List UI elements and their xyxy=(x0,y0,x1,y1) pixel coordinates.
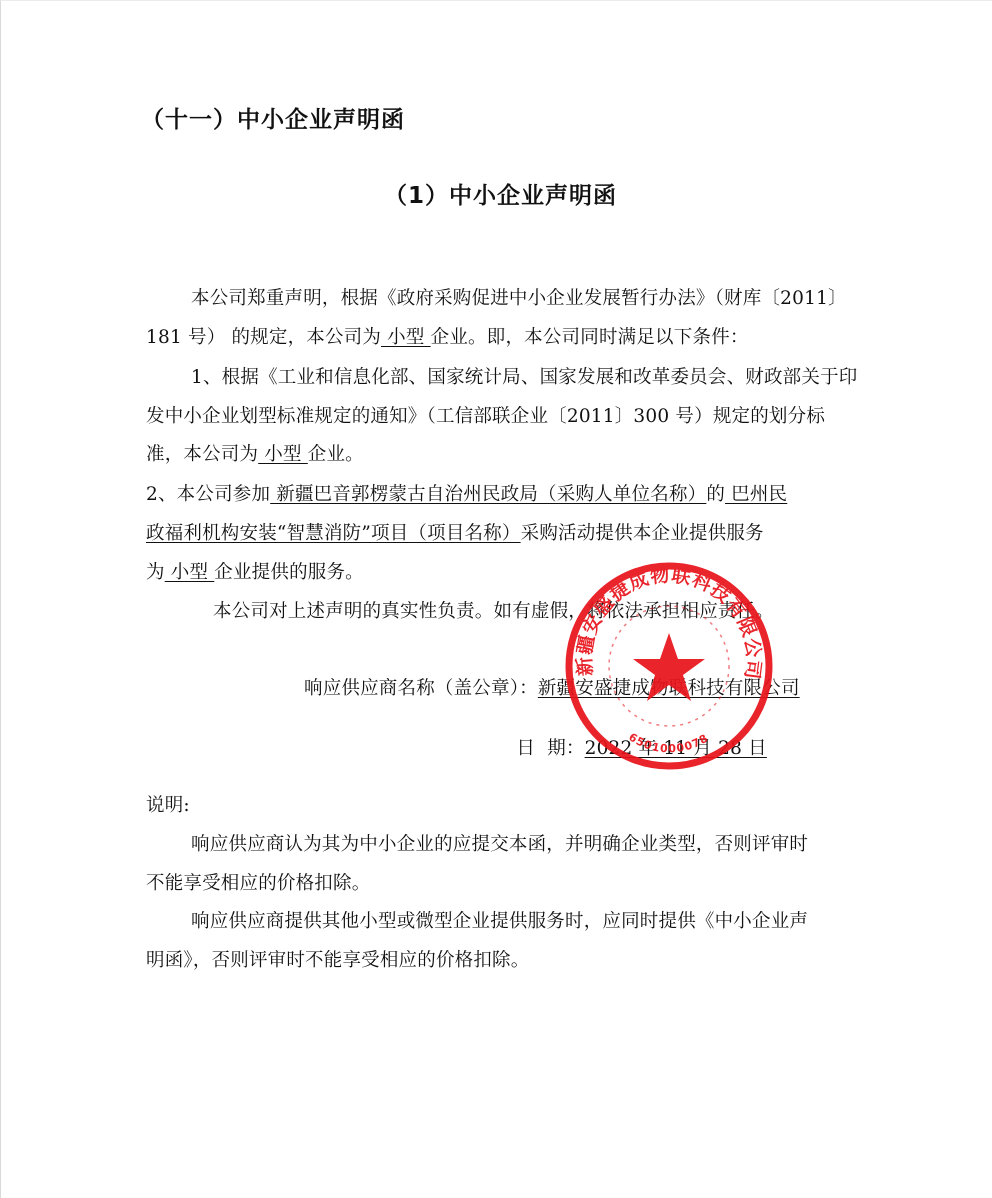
date-line: 日 期：2022 年 11 月 28 日 xyxy=(492,716,767,782)
project-name-fill: 政福利机构安装“智慧消防”项目（项目名称） xyxy=(146,523,521,544)
supplier-label: 响应供应商名称（盖公章）： xyxy=(304,678,538,699)
project-name-fill: 巴州民 xyxy=(725,484,787,505)
supplier-name: 新疆安盛捷成物联科技有限公司 xyxy=(538,678,800,699)
note1-line-2: 不能享受相应的价格扣除。 xyxy=(146,873,370,895)
date-value: 2022 年 11 月 28 日 xyxy=(585,738,767,759)
responsibility-statement: 本公司对上述声明的真实性负责。如有虚假，将依法承担相应责任。 xyxy=(213,601,774,623)
enterprise-type-fill: 小型 xyxy=(381,327,431,348)
enterprise-type-fill: 小型 xyxy=(165,562,215,583)
enterprise-type-fill: 小型 xyxy=(258,444,308,465)
supplier-signature-line: 响应供应商名称（盖公章）：新疆安盛捷成物联科技有限公司 xyxy=(304,678,800,700)
intro-line-1: 本公司郑重声明，根据《政府采购促进中小企业发展暂行办法》（财库〔2011〕 xyxy=(191,288,847,310)
item1-line-3: 准，本公司为 小型 企业。 xyxy=(146,444,364,466)
date-label: 日 期： xyxy=(516,738,584,759)
item2-line-3: 为 小型 企业提供的服务。 xyxy=(146,562,364,584)
document-page: （十一）中小企业声明函 （1）中小企业声明函 本公司郑重声明，根据《政府采购促进… xyxy=(0,0,992,1198)
note1-line-1: 响应供应商认为其为中小企业的应提交本函，并明确企业类型，否则评审时 xyxy=(191,834,808,856)
page-title: （1）中小企业声明函 xyxy=(384,177,617,210)
note2-line-2: 明函》，否则评审时不能享受相应的价格扣除。 xyxy=(146,950,529,972)
purchaser-name-fill: 新疆巴音郭楞蒙古自治州民政局（采购人单位名称） xyxy=(270,484,706,505)
item1-line-2: 发中小企业划型标准规定的通知》（工信部联企业〔2011〕300 号）规定的划分标 xyxy=(146,406,825,428)
item2-line-1: 2、本公司参加 新疆巴音郭楞蒙古自治州民政局（采购人单位名称）的 巴州民 xyxy=(146,484,787,506)
section-heading: （十一）中小企业声明函 xyxy=(141,101,405,134)
notes-heading: 说明: xyxy=(146,795,190,817)
item1-line-1: 1、根据《工业和信息化部、国家统计局、国家发展和改革委员会、财政部关于印 xyxy=(191,367,857,389)
intro-line-2: 181 号） 的规定，本公司为 小型 企业。即，本公司同时满足以下条件： xyxy=(146,327,749,349)
note2-line-1: 响应供应商提供其他小型或微型企业提供服务时，应同时提供《中小企业声 xyxy=(191,911,808,933)
item2-line-2: 政福利机构安装“智慧消防”项目（项目名称）采购活动提供本企业提供服务 xyxy=(146,523,764,545)
